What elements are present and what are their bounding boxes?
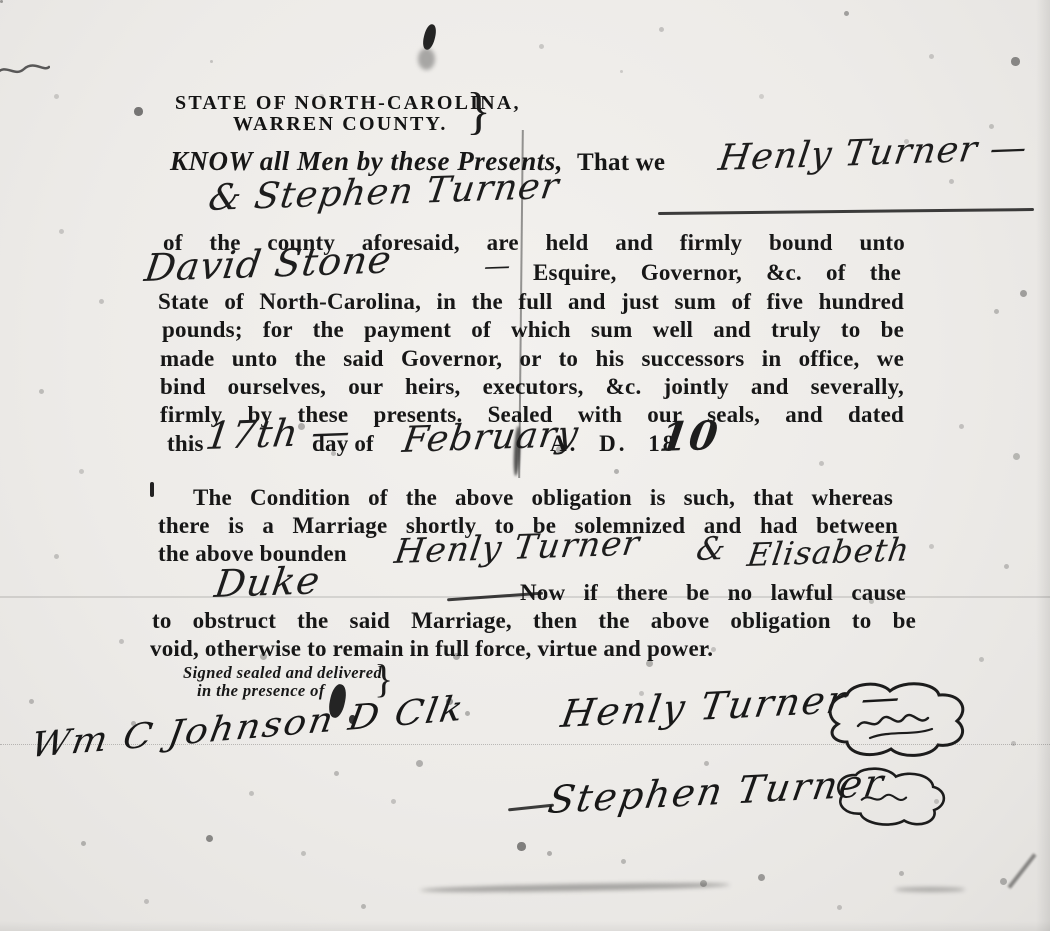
this-label: this xyxy=(167,431,204,457)
condition-line4: Now if there be no lawful cause xyxy=(520,580,906,606)
bottom-fold-smudge-right xyxy=(895,887,965,892)
bond-line-sum3: made unto the said Governor, or to his s… xyxy=(160,346,904,372)
bond-line-sum4: bind ourselves, our heirs, executors, &c… xyxy=(160,374,904,400)
groom-name-handwritten: Henly Turner xyxy=(392,524,643,572)
that-we-text: That we xyxy=(577,149,665,177)
bond-line-sum1: State of North-Carolina, in the full and… xyxy=(158,289,904,315)
ampersand-handwritten: & xyxy=(694,529,729,568)
bond-line-esquire: Esquire, Governor, &c. of the xyxy=(533,260,901,286)
attestation-line1: Signed sealed and delivered xyxy=(183,663,382,683)
bond-line-sum2: pounds; for the payment of which sum wel… xyxy=(162,317,904,343)
attestation-line2: in the presence of xyxy=(197,681,325,701)
scanned-marriage-bond-document: STATE OF NORTH-CAROLINA, WARREN COUNTY. … xyxy=(0,0,1050,931)
year-handwritten: 10 xyxy=(657,412,722,461)
governor-dash-handwritten: — xyxy=(482,251,513,282)
ink-blot xyxy=(421,23,438,51)
bride-firstname-handwritten: Elisabeth xyxy=(745,530,912,574)
bride-surname-handwritten: Duke xyxy=(212,558,323,606)
right-edge-shadow xyxy=(1036,0,1050,931)
edge-scratch-mark xyxy=(0,60,50,82)
day-of-label: day of xyxy=(312,431,374,457)
bottom-edge-shadow xyxy=(0,921,1050,931)
handwritten-rule-line xyxy=(658,208,1034,214)
ink-artifact-mark xyxy=(150,482,154,497)
corner-scratch-mark xyxy=(1007,853,1036,889)
seal-flourish xyxy=(825,761,950,835)
paper-speckle-noise xyxy=(0,0,3,3)
condition-line6: void, otherwise to remain in full force,… xyxy=(150,636,713,662)
ink-smudge xyxy=(418,48,435,70)
header-county-line: WARREN COUNTY. xyxy=(233,113,448,136)
condition-line5: to obstruct the said Marriage, then the … xyxy=(152,608,916,634)
seal-flourish xyxy=(818,678,974,760)
bottom-fold-smudge xyxy=(420,881,730,893)
governor-name-handwritten: David Stone xyxy=(142,237,395,290)
principal-name-handwritten: Henly Turner — xyxy=(716,127,1030,179)
condition-line1: The Condition of the above obligation is… xyxy=(193,485,893,511)
header-brace: } xyxy=(466,82,491,141)
